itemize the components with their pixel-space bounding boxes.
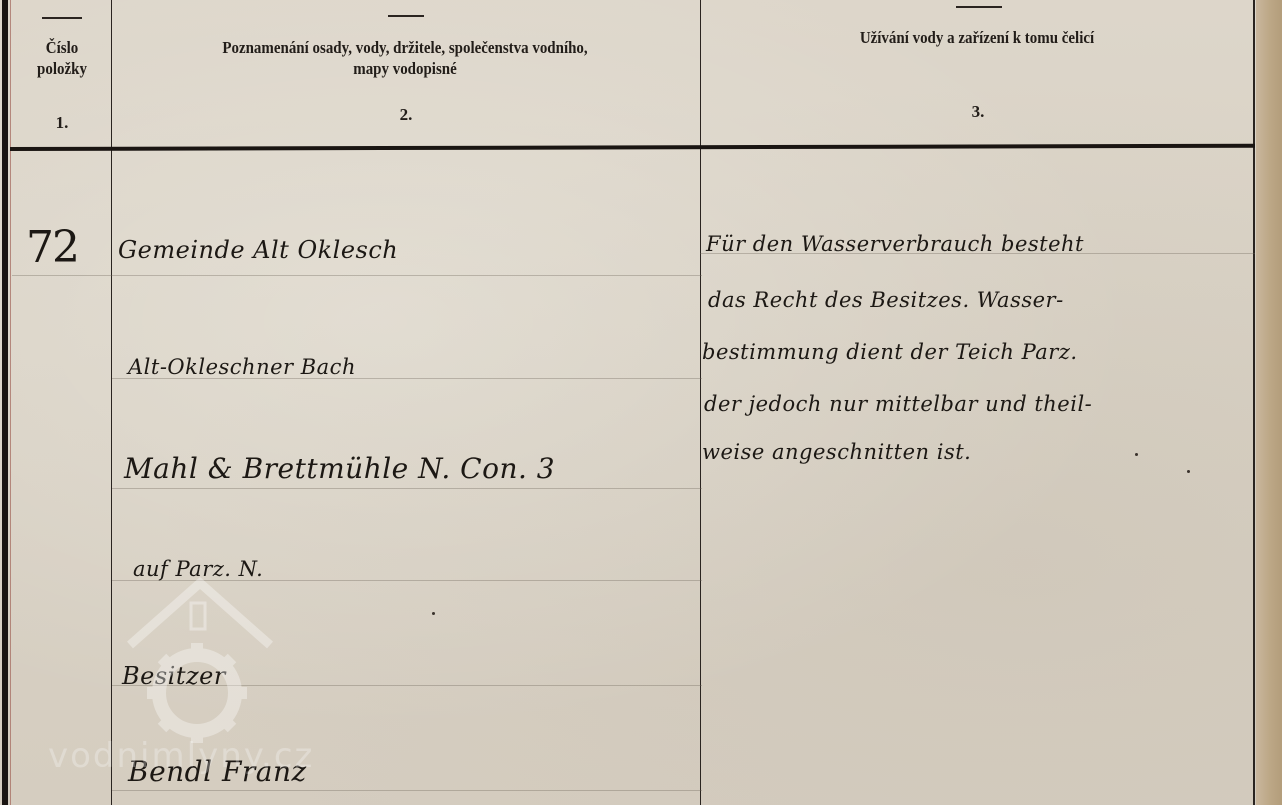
column-3-number: 3. <box>702 102 1254 122</box>
ruled-line <box>112 790 702 791</box>
column-2-number: 2. <box>112 105 700 125</box>
header-rule <box>10 144 1255 151</box>
column-3-header: Užívání vody a zařízení k tomu čelicí <box>735 27 1219 48</box>
usage-line-2: das Recht des Besitzes. Wasser- <box>708 288 1064 312</box>
document-page: Číslo položky 1. Poznamenání osady, vody… <box>0 0 1282 805</box>
column-2-header-line1: Poznamenání osady, vody, držitele, spole… <box>137 37 674 58</box>
header-dash <box>388 15 424 17</box>
ruled-line <box>12 275 702 276</box>
usage-line-3: bestimmung dient der Teich Parz. <box>702 340 1078 364</box>
column-1-header-line2: položky <box>20 58 104 79</box>
entry-item-number: 72 <box>26 222 78 273</box>
usage-line-1: Für den Wasserverbrauch besteht <box>706 232 1084 256</box>
paper-speck <box>1187 470 1190 473</box>
paper-speck <box>1135 453 1138 456</box>
usage-line-5: weise angeschnitten ist. <box>702 440 971 464</box>
column-2-header-line2: mapy vodopisné <box>137 58 674 79</box>
header-dash <box>42 17 82 19</box>
header-dash <box>956 6 1002 8</box>
left-border-line <box>2 0 8 805</box>
column-3-header-line1: Užívání vody a zařízení k tomu čelicí <box>735 27 1219 48</box>
column-1-header-line1: Číslo <box>20 37 104 58</box>
entry-municipality: Gemeinde Alt Oklesch <box>118 236 398 264</box>
paper-speck <box>432 612 435 615</box>
usage-line-4: der jedoch nur mittelbar und theil- <box>704 392 1092 416</box>
entry-stream-name: Alt-Okleschner Bach <box>128 355 356 379</box>
column-2-header: Poznamenání osady, vody, držitele, spole… <box>137 37 674 79</box>
watermill-logo-icon <box>125 575 275 745</box>
page-binding-edge <box>1256 0 1282 805</box>
entry-mill-name: Mahl & Brettmühle N. Con. 3 <box>124 452 555 485</box>
column-1-number: 1. <box>14 113 110 133</box>
ruled-line <box>112 488 702 489</box>
watermark-text: vodnimlyny.cz <box>48 736 314 776</box>
column-1-header: Číslo položky <box>20 37 104 79</box>
left-margin-line <box>10 0 11 805</box>
